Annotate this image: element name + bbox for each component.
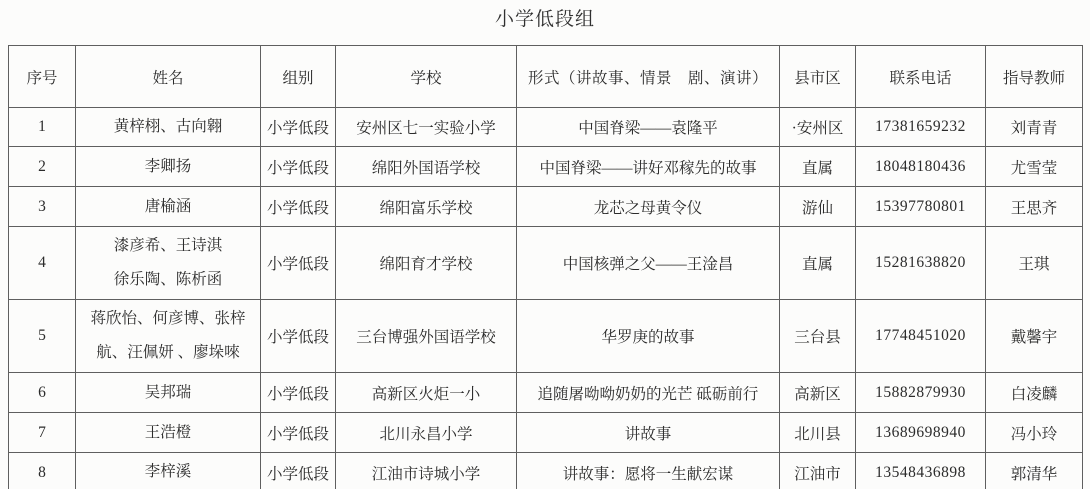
cell-school: 江油市诗城小学 xyxy=(336,453,517,489)
cell-name: 唐榆涵 xyxy=(76,187,261,227)
page-title: 小学低段组 xyxy=(0,4,1090,31)
table-row: 8 李梓溪 小学低段 江油市诗城小学 讲故事：愿将一生献宏谋 江油市 13548… xyxy=(9,453,1083,489)
cell-teacher: 戴馨宇 xyxy=(986,300,1083,373)
table-row: 4 漆彦希、王诗淇 徐乐陶、陈析函 小学低段 绵阳育才学校 中国核弹之父——王淦… xyxy=(9,227,1083,300)
cell-school: 三台博强外国语学校 xyxy=(336,300,517,373)
header-format: 形式（讲故事、情景 剧、演讲） xyxy=(517,46,780,108)
table-row: 3 唐榆涵 小学低段 绵阳富乐学校 龙芯之母黄令仪 游仙 15397780801… xyxy=(9,187,1083,227)
header-name: 姓名 xyxy=(76,46,261,108)
cell-phone: 15281638820 xyxy=(856,227,986,300)
cell-name: 李梓溪 xyxy=(76,453,261,489)
cell-format: 龙芯之母黄令仪 xyxy=(517,187,780,227)
cell-no: 3 xyxy=(9,187,76,227)
table-row: 2 李卿扬 小学低段 绵阳外国语学校 中国脊梁——讲好邓稼先的故事 直属 180… xyxy=(9,147,1083,187)
cell-district: 江油市 xyxy=(780,453,856,489)
cell-group: 小学低段 xyxy=(261,108,336,147)
cell-teacher: 王琪 xyxy=(986,227,1083,300)
cell-format: 讲故事 xyxy=(517,413,780,453)
cell-school: 绵阳育才学校 xyxy=(336,227,517,300)
cell-group: 小学低段 xyxy=(261,227,336,300)
cell-group: 小学低段 xyxy=(261,147,336,187)
header-district: 县市区 xyxy=(780,46,856,108)
cell-format: 讲故事：愿将一生献宏谋 xyxy=(517,453,780,489)
roster-table: 序号 姓名 组别 学校 形式（讲故事、情景 剧、演讲） 县市区 联系电话 指导教… xyxy=(8,45,1083,489)
header-phone: 联系电话 xyxy=(856,46,986,108)
cell-school: 北川永昌小学 xyxy=(336,413,517,453)
cell-name: 漆彦希、王诗淇 徐乐陶、陈析函 xyxy=(76,227,261,300)
cell-district: 直属 xyxy=(780,147,856,187)
cell-phone: 13689698940 xyxy=(856,413,986,453)
cell-name: 李卿扬 xyxy=(76,147,261,187)
cell-district: ·安州区 xyxy=(780,108,856,147)
cell-school: 安州区七一实验小学 xyxy=(336,108,517,147)
cell-school: 绵阳富乐学校 xyxy=(336,187,517,227)
cell-group: 小学低段 xyxy=(261,413,336,453)
cell-phone: 18048180436 xyxy=(856,147,986,187)
cell-no: 2 xyxy=(9,147,76,187)
cell-district: 高新区 xyxy=(780,373,856,413)
header-no: 序号 xyxy=(9,46,76,108)
header-school: 学校 xyxy=(336,46,517,108)
cell-group: 小学低段 xyxy=(261,373,336,413)
cell-district: 三台县 xyxy=(780,300,856,373)
cell-name: 王浩橙 xyxy=(76,413,261,453)
table-row: 1 黄梓栩、古向翱 小学低段 安州区七一实验小学 中国脊梁——袁隆平 ·安州区 … xyxy=(9,108,1083,147)
cell-format: 华罗庚的故事 xyxy=(517,300,780,373)
cell-phone: 15882879930 xyxy=(856,373,986,413)
cell-district: 直属 xyxy=(780,227,856,300)
cell-phone: 13548436898 xyxy=(856,453,986,489)
cell-teacher: 刘青青 xyxy=(986,108,1083,147)
cell-teacher: 冯小玲 xyxy=(986,413,1083,453)
cell-district: 北川县 xyxy=(780,413,856,453)
cell-format: 中国脊梁——袁隆平 xyxy=(517,108,780,147)
cell-teacher: 郭清华 xyxy=(986,453,1083,489)
cell-district: 游仙 xyxy=(780,187,856,227)
cell-phone: 17381659232 xyxy=(856,108,986,147)
cell-format: 中国脊梁——讲好邓稼先的故事 xyxy=(517,147,780,187)
table-row: 7 王浩橙 小学低段 北川永昌小学 讲故事 北川县 13689698940 冯小… xyxy=(9,413,1083,453)
cell-phone: 15397780801 xyxy=(856,187,986,227)
cell-teacher: 白凌麟 xyxy=(986,373,1083,413)
cell-group: 小学低段 xyxy=(261,453,336,489)
cell-name: 黄梓栩、古向翱 xyxy=(76,108,261,147)
cell-format: 追随屠呦呦奶奶的光芒 砥砺前行 xyxy=(517,373,780,413)
cell-no: 7 xyxy=(9,413,76,453)
header-row: 序号 姓名 组别 学校 形式（讲故事、情景 剧、演讲） 县市区 联系电话 指导教… xyxy=(9,46,1083,108)
cell-format: 中国核弹之父——王淦昌 xyxy=(517,227,780,300)
cell-phone: 17748451020 xyxy=(856,300,986,373)
header-group: 组别 xyxy=(261,46,336,108)
cell-teacher: 王思齐 xyxy=(986,187,1083,227)
cell-no: 4 xyxy=(9,227,76,300)
table-row: 5 蒋欣怡、何彦博、张梓 航、汪佩妍 、廖垛唻 小学低段 三台博强外国语学校 华… xyxy=(9,300,1083,373)
cell-no: 5 xyxy=(9,300,76,373)
cell-school: 绵阳外国语学校 xyxy=(336,147,517,187)
cell-group: 小学低段 xyxy=(261,300,336,373)
cell-no: 1 xyxy=(9,108,76,147)
header-teacher: 指导教师 xyxy=(986,46,1083,108)
cell-school: 高新区火炬一小 xyxy=(336,373,517,413)
cell-name: 蒋欣怡、何彦博、张梓 航、汪佩妍 、廖垛唻 xyxy=(76,300,261,373)
table-row: 6 吴邦瑞 小学低段 高新区火炬一小 追随屠呦呦奶奶的光芒 砥砺前行 高新区 1… xyxy=(9,373,1083,413)
cell-no: 8 xyxy=(9,453,76,489)
cell-group: 小学低段 xyxy=(261,187,336,227)
cell-name: 吴邦瑞 xyxy=(76,373,261,413)
document-page: 小学低段组 序号 姓名 组别 学校 形式（讲故事、情景 剧、演讲） 县市区 联系… xyxy=(0,0,1090,489)
cell-teacher: 尤雪莹 xyxy=(986,147,1083,187)
cell-no: 6 xyxy=(9,373,76,413)
